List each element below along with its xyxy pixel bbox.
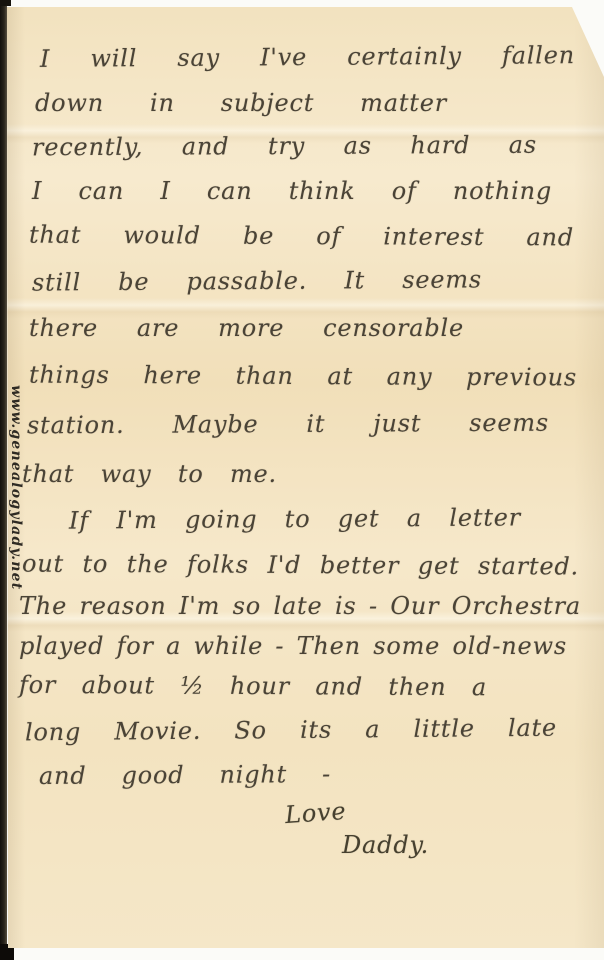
letter-line: station. Maybe it just seems [27,403,549,446]
letter-line: and good night - [39,754,331,796]
letter-line: that way to me. [22,454,277,494]
letter-paper: I will say I've certainly fallen down in… [7,7,604,951]
letter-signature: Daddy. [342,827,429,863]
scan-corner-top [0,0,11,6]
letter-line: recently, and try as hard as [32,125,537,168]
letter-line: still be passable. It seems [32,259,482,302]
letter-line: things here than at any previous [29,355,577,398]
letter-line: I will say I've certainly fallen [40,35,575,79]
letter-line: I can I can think of nothing [32,171,552,211]
letter-line: that would be of interest and [29,215,574,258]
letter-line: long Movie. So its a little late [25,708,557,753]
letter-line: out to the folks I'd better get started. [22,544,579,587]
letter-line: down in subject matter [35,83,447,123]
scan-edge-left [0,0,7,960]
letter-valediction: Love [284,793,348,833]
letter-line: there are more censorable [29,308,464,348]
letter-line: If I'm going to get a letter [69,497,521,540]
letter-line: The reason I'm so late is - Our Orchestr… [19,586,581,626]
letter-line: for about ½ hour and then a [19,665,487,707]
watermark-text: www.genealogylady.net [8,385,24,590]
letter-line: played for a while - Then some old-news [19,626,567,666]
